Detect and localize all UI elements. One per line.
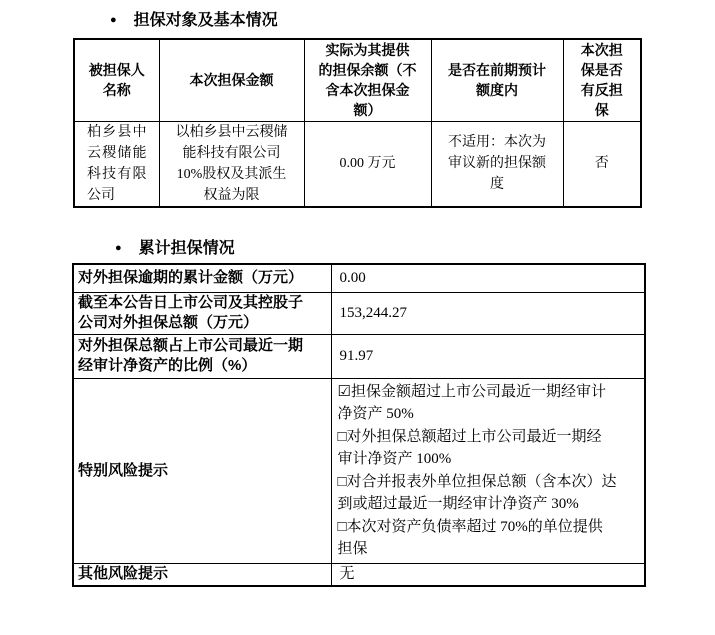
cumulative-guarantee-table: 对外担保逾期的累计金额（万元） 0.00 截至本公告日上市公司及其控股子 公司对…: [72, 263, 646, 587]
risk-checkbox-item: □本次对资产负债率超过 70%的单位提供 担保: [338, 516, 641, 561]
value-overdue-guarantee-amount: 0.00: [331, 264, 645, 292]
section1-title-text: 担保对象及基本情况: [134, 11, 278, 31]
section2-title-text: 累计担保情况: [139, 239, 235, 259]
cell-provided-balance: 0.00 万元: [304, 121, 431, 207]
section2-title: ● 累计担保情况: [115, 239, 235, 259]
label-guarantee-ratio-net-assets: 对外担保总额占上市公司最近一期 经审计净资产的比例（%）: [73, 334, 331, 378]
table-header-row: 被担保人 名称 本次担保金额 实际为其提供 的担保余额（不 含本次担保金 额） …: [74, 39, 641, 121]
cell-within-estimate: 不适用：本次为 审议新的担保额 度: [431, 121, 563, 207]
value-guarantee-ratio-net-assets: 91.97: [331, 334, 645, 378]
header-guarantee-amount: 本次担保金额: [159, 39, 304, 121]
guarantee-basic-info-table: 被担保人 名称 本次担保金额 实际为其提供 的担保余额（不 含本次担保金 额） …: [73, 38, 642, 208]
section1-title: ● 担保对象及基本情况: [110, 11, 278, 31]
bullet-icon: ●: [115, 238, 122, 258]
table-row: 对外担保逾期的累计金额（万元） 0.00: [73, 264, 645, 292]
header-counter-guarantee: 本次担 保是否 有反担 保: [563, 39, 641, 121]
table-row: 对外担保总额占上市公司最近一期 经审计净资产的比例（%） 91.97: [73, 334, 645, 378]
label-total-external-guarantee: 截至本公告日上市公司及其控股子 公司对外担保总额（万元）: [73, 292, 331, 334]
value-other-risk-warning: 无: [331, 563, 645, 586]
cell-guaranteed-party: 柏乡县中云稷储能科技有限公司: [74, 121, 159, 207]
cell-counter-guarantee: 否: [563, 121, 641, 207]
label-other-risk-warning: 其他风险提示: [73, 563, 331, 586]
label-overdue-guarantee-amount: 对外担保逾期的累计金额（万元）: [73, 264, 331, 292]
header-within-estimate: 是否在前期预计 额度内: [431, 39, 563, 121]
risk-checkbox-item: □对合并报表外单位担保总额（含本次）达 到或超过最近一期经审计净资产 30%: [338, 471, 641, 516]
table-row: 其他风险提示 无: [73, 563, 645, 586]
value-total-external-guarantee: 153,244.27: [331, 292, 645, 334]
header-provided-balance: 实际为其提供 的担保余额（不 含本次担保金 额）: [304, 39, 431, 121]
special-risk-warning-cell: ☑担保金额超过上市公司最近一期经审计 净资产 50% □对外担保总额超过上市公司…: [331, 378, 645, 563]
cell-guarantee-amount: 以柏乡县中云稷储 能科技有限公司 10%股权及其派生 权益为限: [159, 121, 304, 207]
risk-checkbox-item-checked: ☑担保金额超过上市公司最近一期经审计 净资产 50%: [338, 381, 641, 426]
table-row: 截至本公告日上市公司及其控股子 公司对外担保总额（万元） 153,244.27: [73, 292, 645, 334]
header-guaranteed-party: 被担保人 名称: [74, 39, 159, 121]
risk-checkbox-item: □对外担保总额超过上市公司最近一期经 审计净资产 100%: [338, 426, 641, 471]
table-row: 特别风险提示 ☑担保金额超过上市公司最近一期经审计 净资产 50% □对外担保总…: [73, 378, 645, 563]
label-special-risk-warning: 特别风险提示: [73, 378, 331, 563]
table-row: 柏乡县中云稷储能科技有限公司 以柏乡县中云稷储 能科技有限公司 10%股权及其派…: [74, 121, 641, 207]
bullet-icon: ●: [110, 10, 117, 30]
document-page: ● 担保对象及基本情况 被担保人 名称 本次担保金额 实际为其提供 的担保余额（…: [0, 0, 715, 635]
